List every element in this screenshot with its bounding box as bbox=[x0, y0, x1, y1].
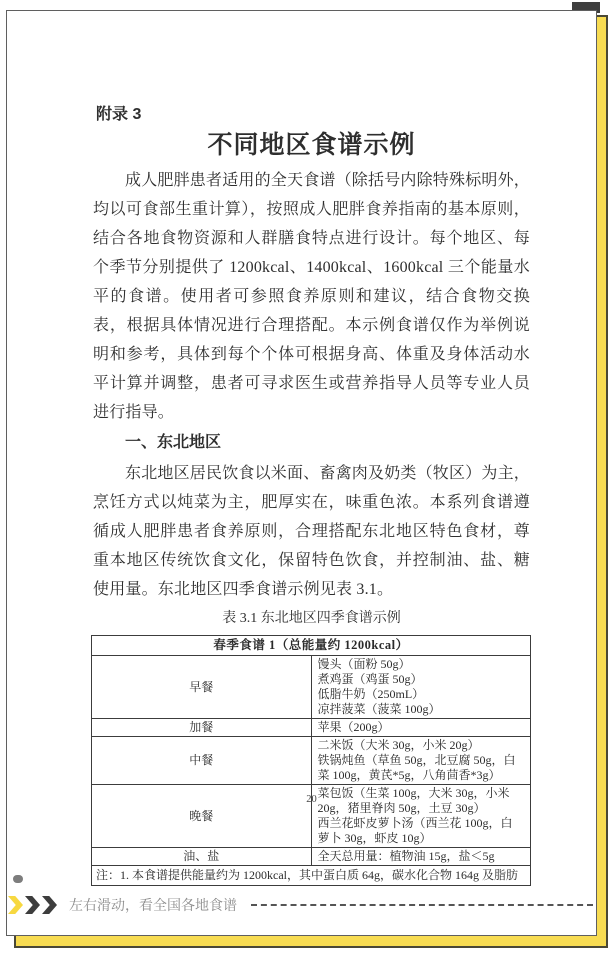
meal-items: 苹果（200g） bbox=[311, 719, 531, 737]
meal-item: 二米饭（大米 30g，小米 20g） bbox=[318, 738, 525, 753]
meal-label: 加餐 bbox=[92, 719, 312, 737]
intro-paragraph: 成人肥胖患者适用的全天食谱（除括号内除特殊标明外，均以可食部生重计算），按照成人… bbox=[93, 166, 530, 427]
recipe-page-card[interactable]: 附录 3 不同地区食谱示例 成人肥胖患者适用的全天食谱（除括号内除特殊标明外，均… bbox=[6, 10, 597, 936]
chevron-right-icon bbox=[8, 896, 23, 914]
menu-title-cell: 春季食谱 1（总能量约 1200kcal） bbox=[92, 636, 531, 656]
meal-label: 早餐 bbox=[92, 656, 312, 719]
meal-items: 馒头（面粉 50g） 煮鸡蛋（鸡蛋 50g） 低脂牛奶（250mL） 凉拌菠菜（… bbox=[311, 656, 531, 719]
table-row: 油、盐 全天总用量：植物油 15g，盐＜5g bbox=[92, 848, 531, 866]
meal-items: 二米饭（大米 30g，小米 20g） 铁锅炖鱼（草鱼 50g，北豆腐 50g，白… bbox=[311, 737, 531, 785]
table-row: 早餐 馒头（面粉 50g） 煮鸡蛋（鸡蛋 50g） 低脂牛奶（250mL） 凉拌… bbox=[92, 656, 531, 719]
chevron-right-icon bbox=[25, 896, 40, 914]
table-note: 注：1. 本食谱提供能量约为 1200kcal，其中蛋白质 64g，碳水化合物 … bbox=[92, 866, 531, 886]
chevron-right-icon bbox=[42, 896, 57, 914]
meal-items: 全天总用量：植物油 15g，盐＜5g bbox=[311, 848, 531, 866]
page-title: 不同地区食谱示例 bbox=[93, 128, 530, 164]
meal-item: 西兰花虾皮萝卜汤（西兰花 100g，白萝卜 30g，虾皮 10g） bbox=[318, 816, 525, 846]
page-number: 20 bbox=[93, 794, 530, 805]
bullet-dot-icon bbox=[13, 875, 23, 883]
swipe-hint-bar[interactable]: 左右滑动，看全国各地食谱 bbox=[8, 895, 593, 915]
meal-label: 中餐 bbox=[92, 737, 312, 785]
meal-item: 馒头（面粉 50g） bbox=[318, 657, 525, 672]
meal-item: 铁锅炖鱼（草鱼 50g，北豆腐 50g，白菜 100g，黄芪*5g，八角茴香*3… bbox=[318, 753, 525, 783]
dashed-divider bbox=[251, 904, 593, 906]
meal-item: 全天总用量：植物油 15g，盐＜5g bbox=[318, 849, 525, 864]
document-body: 附录 3 不同地区食谱示例 成人肥胖患者适用的全天食谱（除括号内除特殊标明外，均… bbox=[93, 104, 530, 886]
table-row: 中餐 二米饭（大米 30g，小米 20g） 铁锅炖鱼（草鱼 50g，北豆腐 50… bbox=[92, 737, 531, 785]
appendix-label: 附录 3 bbox=[96, 104, 530, 126]
swipe-hint-label: 左右滑动，看全国各地食谱 bbox=[69, 895, 237, 915]
meal-item: 凉拌菠菜（菠菜 100g） bbox=[318, 702, 525, 717]
screenshot-stage: 附录 3 不同地区食谱示例 成人肥胖患者适用的全天食谱（除括号内除特殊标明外，均… bbox=[0, 0, 615, 956]
table-note-row: 注：1. 本食谱提供能量约为 1200kcal，其中蛋白质 64g，碳水化合物 … bbox=[92, 866, 531, 886]
section-heading: 一、东北地区 bbox=[93, 428, 530, 457]
meal-item: 苹果（200g） bbox=[318, 720, 525, 735]
table-header-row: 春季食谱 1（总能量约 1200kcal） bbox=[92, 636, 531, 656]
meal-item: 煮鸡蛋（鸡蛋 50g） bbox=[318, 672, 525, 687]
table-caption: 表 3.1 东北地区四季食谱示例 bbox=[93, 610, 530, 628]
meal-item: 低脂牛奶（250mL） bbox=[318, 687, 525, 702]
table-row: 加餐 苹果（200g） bbox=[92, 719, 531, 737]
meal-label: 油、盐 bbox=[92, 848, 312, 866]
menu-table: 春季食谱 1（总能量约 1200kcal） 早餐 馒头（面粉 50g） 煮鸡蛋（… bbox=[91, 635, 531, 886]
section-paragraph: 东北地区居民饮食以米面、畜禽肉及奶类（牧区）为主，烹饪方式以炖菜为主，肥厚实在，… bbox=[93, 459, 530, 604]
